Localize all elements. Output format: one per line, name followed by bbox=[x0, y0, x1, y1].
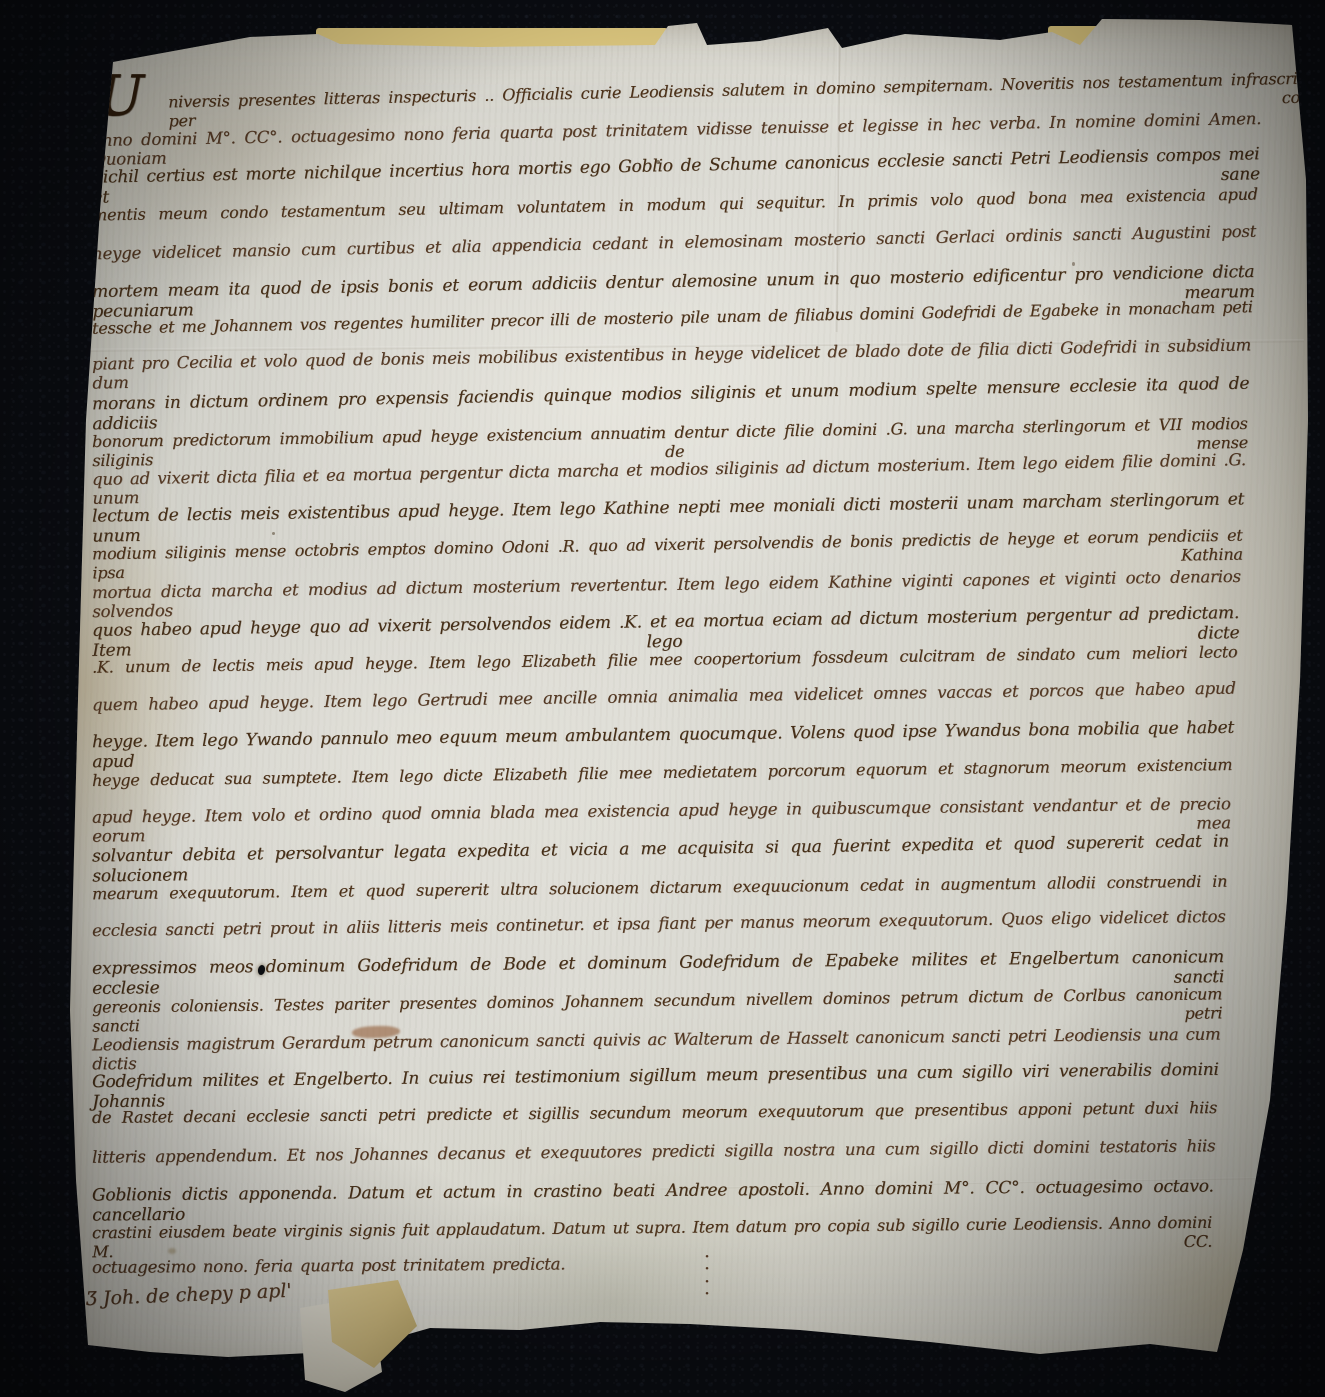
manuscript-line: niversis presentes litteras inspecturis … bbox=[92, 68, 1325, 117]
manuscript-line: crastini eiusdem beate virginis signis f… bbox=[92, 1213, 1212, 1247]
manuscript-line: mortem meam ita quod de ipsis bonis et e… bbox=[92, 262, 1255, 305]
manuscript-line: Godefridum milites et Engelberto. In cui… bbox=[92, 1060, 1219, 1095]
manuscript-line: modium siliginis mense octobris emptos d… bbox=[92, 525, 1243, 567]
manuscript-line: quos habeo apud heyge quo ad vixerit per… bbox=[92, 603, 1239, 644]
initial-flourish-dots: ·· bbox=[84, 88, 95, 104]
manuscript-line: bonorum predictorum immobilium apud heyg… bbox=[92, 414, 1248, 455]
parchment-sheet: ·· U niversis presentes litteras inspect… bbox=[60, 12, 1315, 1384]
manuscript-line: mearum exequutorum. Item et quod superer… bbox=[92, 872, 1227, 908]
manuscript-line: Goblionis dictis apponenda. Datum et act… bbox=[92, 1177, 1214, 1209]
photo-background: ·· U niversis presentes litteras inspect… bbox=[0, 0, 1325, 1397]
manuscript-line: piant pro Cecilia et volo quod de bonis … bbox=[92, 336, 1251, 378]
manuscript-line: apud heyge. Item volo et ordino quod omn… bbox=[92, 794, 1231, 831]
manuscript-line: lectum de lectis meis existentibus apud … bbox=[92, 489, 1245, 529]
manuscript-line: de Rastet decani ecclesie sancti petri p… bbox=[92, 1098, 1217, 1131]
manuscript-line: expressimos meos dominum Godefridum de B… bbox=[92, 947, 1224, 982]
notary-annotation: Ʒ Joh. de chepy p apl' bbox=[86, 1280, 292, 1311]
manuscript-line: heyge deducat sua sumptete. Item lego di… bbox=[92, 755, 1233, 794]
ink-speck bbox=[272, 532, 275, 535]
manuscript-line: octuagesimo nono. feria quarta post trin… bbox=[92, 1254, 612, 1281]
manuscript-line: litteris appendendum. Et nos Johannes de… bbox=[92, 1136, 1216, 1170]
manuscript-line: quem habeo apud heyge. Item lego Gertrud… bbox=[92, 679, 1236, 719]
manuscript-line: heyge videlicet mansio cum curtibus et a… bbox=[92, 221, 1256, 267]
manuscript-line: morans in dictum ordinem pro expensis fa… bbox=[92, 374, 1250, 418]
manuscript-line: heyge. Item lego Ywando pannulo meo equu… bbox=[92, 718, 1234, 755]
manuscript-line: nichil certius est morte nichilque incer… bbox=[92, 144, 1260, 191]
margin-punctuation-dots: · · · · bbox=[702, 1250, 712, 1300]
manuscript-line: ecclesia sancti petri prout in aliis lit… bbox=[92, 907, 1226, 944]
